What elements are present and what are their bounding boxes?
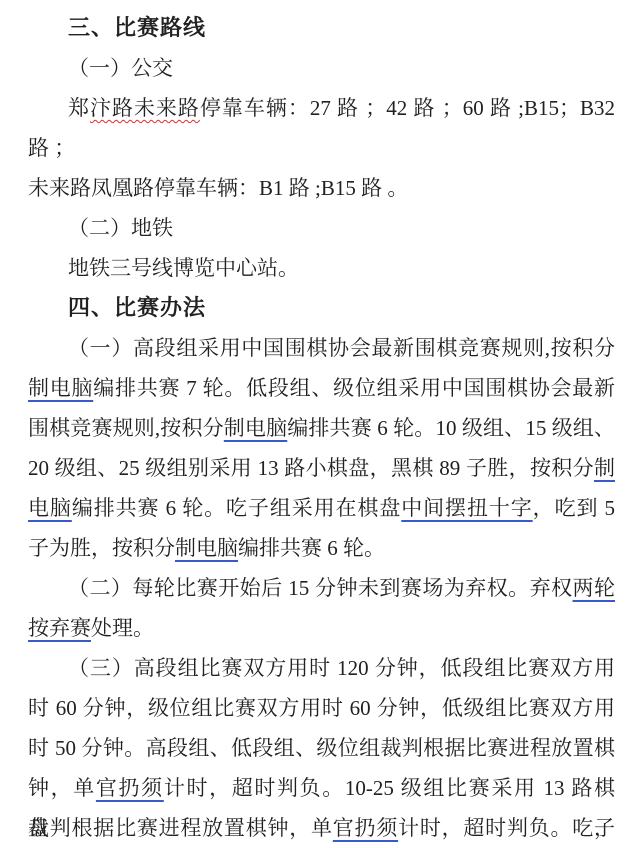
- text-line: 路 ；: [28, 128, 615, 168]
- text-segment: 子为胜，按积分: [28, 536, 175, 560]
- section-heading: 四、比赛办法: [28, 288, 615, 328]
- text-segment: 处理。: [91, 616, 154, 640]
- text-line: 时 50 分钟。高段组、低段组、级位组裁判根据比赛进程放置棋: [28, 728, 615, 768]
- text-segment: 编排共赛 6 轮。吃子组采用在棋盘: [72, 496, 401, 520]
- text-segment: 围棋竞赛规则,按积分: [28, 416, 224, 440]
- section-heading: 三、比赛路线: [28, 8, 615, 48]
- document-page[interactable]: 三、比赛路线（一）公交郑汴路未来路停靠车辆：27 路 ；42 路 ；60 路 ;…: [0, 0, 643, 848]
- text-line: 时 60 分钟，级位组比赛双方用时 60 分钟，低级组比赛双方用: [28, 688, 615, 728]
- text-segment: 编排共赛 6 轮。10 级组、15 级组、: [287, 416, 615, 440]
- text-segment: 裁判根据比赛进程放置棋钟，单: [28, 816, 333, 840]
- text-segment: 时 60 分钟，级位组比赛双方用时 60 分钟，低级组比赛双方用: [28, 696, 615, 720]
- text-segment: （二）地铁: [68, 216, 173, 240]
- grammar-underlined-text: 制电脑: [224, 416, 287, 440]
- text-line: 按弃赛处理。: [28, 608, 615, 648]
- text-line: （一）高段组采用中国围棋协会最新围棋竞赛规则,按积分: [28, 328, 615, 368]
- text-line: 地铁三号线博览中心站。: [28, 248, 615, 288]
- grammar-underlined-text: 两轮: [573, 576, 615, 600]
- text-segment: （二）每轮比赛开始后 15 分钟未到赛场为弃权。弃权: [68, 576, 573, 600]
- text-line: 钟，单官扔须计时，超时判负。10-25 级组比赛采用 13 路棋盘，: [28, 768, 615, 808]
- text-segment: 编排共赛 7 轮。低段组、级位组采用中国围棋协会最新: [93, 376, 615, 400]
- text-line: 未来路凤凰路停靠车辆：B1 路 ;B15 路 。: [28, 168, 615, 208]
- text-segment: 停靠车辆：27 路 ；42 路 ；60 路 ;B15；B32: [200, 96, 615, 120]
- text-line: （二）每轮比赛开始后 15 分钟未到赛场为弃权。弃权两轮: [28, 568, 615, 608]
- text-line: 裁判根据比赛进程放置棋钟，单官扔须计时，超时判负。吃子: [28, 808, 615, 848]
- text-segment: 钟，单: [28, 776, 96, 800]
- text-line: 制电脑编排共赛 7 轮。低段组、级位组采用中国围棋协会最新: [28, 368, 615, 408]
- text-line: 电脑编排共赛 6 轮。吃子组采用在棋盘中间摆扭十字，吃到 5: [28, 488, 615, 528]
- text-line: （一）公交: [28, 48, 615, 88]
- grammar-underlined-text: 中间摆扭十字: [401, 496, 532, 520]
- text-segment: 郑: [68, 96, 90, 120]
- text-segment: （一）高段组采用中国围棋协会最新围棋竞赛规则,按积分: [68, 336, 615, 360]
- text-segment: ，吃到 5: [533, 496, 615, 520]
- text-line: 子为胜，按积分制电脑编排共赛 6 轮。: [28, 528, 615, 568]
- document-body: 三、比赛路线（一）公交郑汴路未来路停靠车辆：27 路 ；42 路 ；60 路 ;…: [28, 8, 615, 848]
- grammar-underlined-text: 电脑: [28, 496, 72, 520]
- text-segment: 20 级组、25 级组别采用 13 路小棋盘，黑棋 89 子胜，按积分: [28, 456, 594, 480]
- text-segment: 路 ；: [28, 136, 75, 160]
- grammar-underlined-text: 制: [594, 456, 615, 480]
- text-segment: （三）高段组比赛双方用时 120 分钟，低段组比赛双方用: [68, 656, 615, 680]
- text-segment: 编排共赛 6 轮。: [238, 536, 385, 560]
- text-segment: 计时，超时判负。吃子: [398, 816, 615, 840]
- spellcheck-squiggle-text: 汴路未来路: [90, 96, 200, 120]
- text-segment: （一）公交: [68, 56, 173, 80]
- text-line: 围棋竞赛规则,按积分制电脑编排共赛 6 轮。10 级组、15 级组、: [28, 408, 615, 448]
- text-segment: 三、比赛路线: [68, 15, 206, 40]
- grammar-underlined-text: 官扔须: [96, 776, 164, 800]
- grammar-underlined-text: 按弃赛: [28, 616, 91, 640]
- grammar-underlined-text: 官扔须: [333, 816, 398, 840]
- text-segment: 未来路凤凰路停靠车辆：B1 路 ;B15 路 。: [28, 176, 408, 200]
- text-line: （三）高段组比赛双方用时 120 分钟，低段组比赛双方用: [28, 648, 615, 688]
- text-line: （二）地铁: [28, 208, 615, 248]
- grammar-underlined-text: 制电脑: [28, 376, 93, 400]
- grammar-underlined-text: 制电脑: [175, 536, 238, 560]
- text-segment: 时 50 分钟。高段组、低段组、级位组裁判根据比赛进程放置棋: [28, 736, 615, 760]
- text-segment: 地铁三号线博览中心站。: [68, 256, 299, 280]
- text-line: 郑汴路未来路停靠车辆：27 路 ；42 路 ；60 路 ;B15；B32: [28, 88, 615, 128]
- text-segment: 四、比赛办法: [68, 295, 206, 320]
- text-line: 20 级组、25 级组别采用 13 路小棋盘，黑棋 89 子胜，按积分制: [28, 448, 615, 488]
